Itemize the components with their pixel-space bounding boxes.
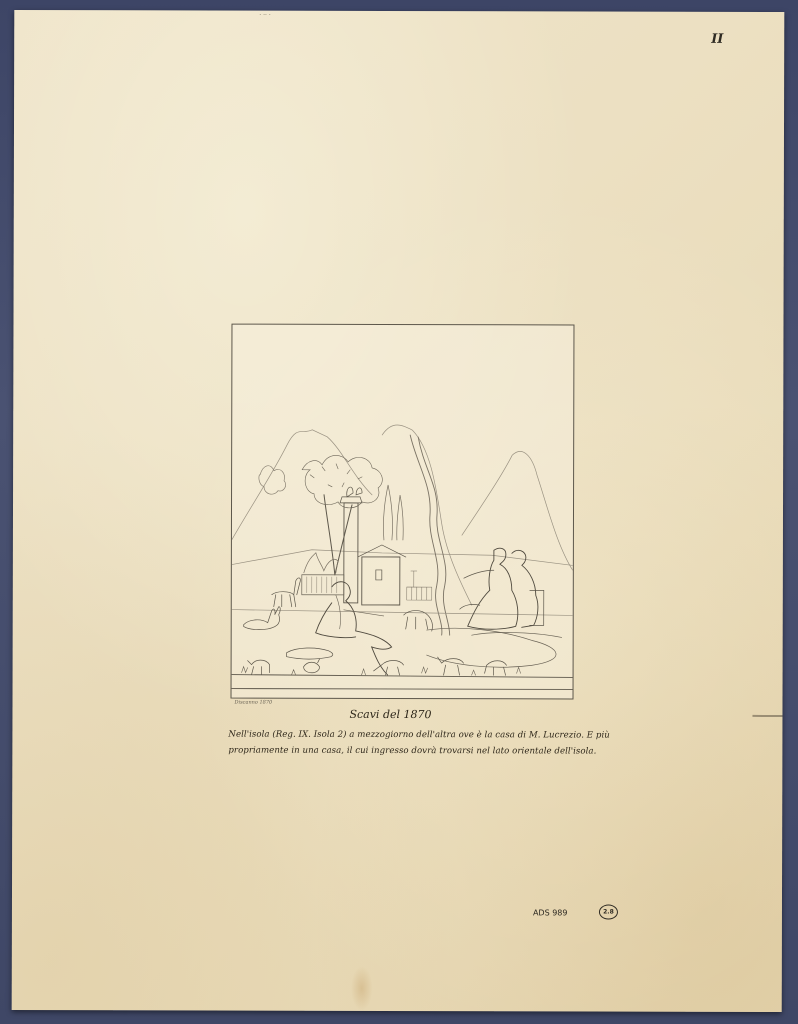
caption-title: Scavi del 1870 [349, 708, 431, 721]
water-stain [351, 966, 373, 1011]
caption-line-2: propriamente in una casa, il cui ingress… [228, 746, 596, 757]
accession-number: ADS 989 [533, 908, 568, 917]
artist-signature: Discanno 1870 [234, 700, 272, 706]
pastoral-drawing [231, 324, 575, 700]
circled-stamp: 2.8 [599, 905, 618, 920]
edge-tear [752, 715, 782, 717]
top-marks: · ·· · [259, 12, 270, 19]
caption-line-1: Nell'isola (Reg. IX. Isola 2) a mezzogio… [228, 730, 609, 741]
page-number: II [711, 32, 723, 47]
paper-sheet: · ·· · II [12, 10, 785, 1012]
drawing-illustration [232, 325, 574, 699]
